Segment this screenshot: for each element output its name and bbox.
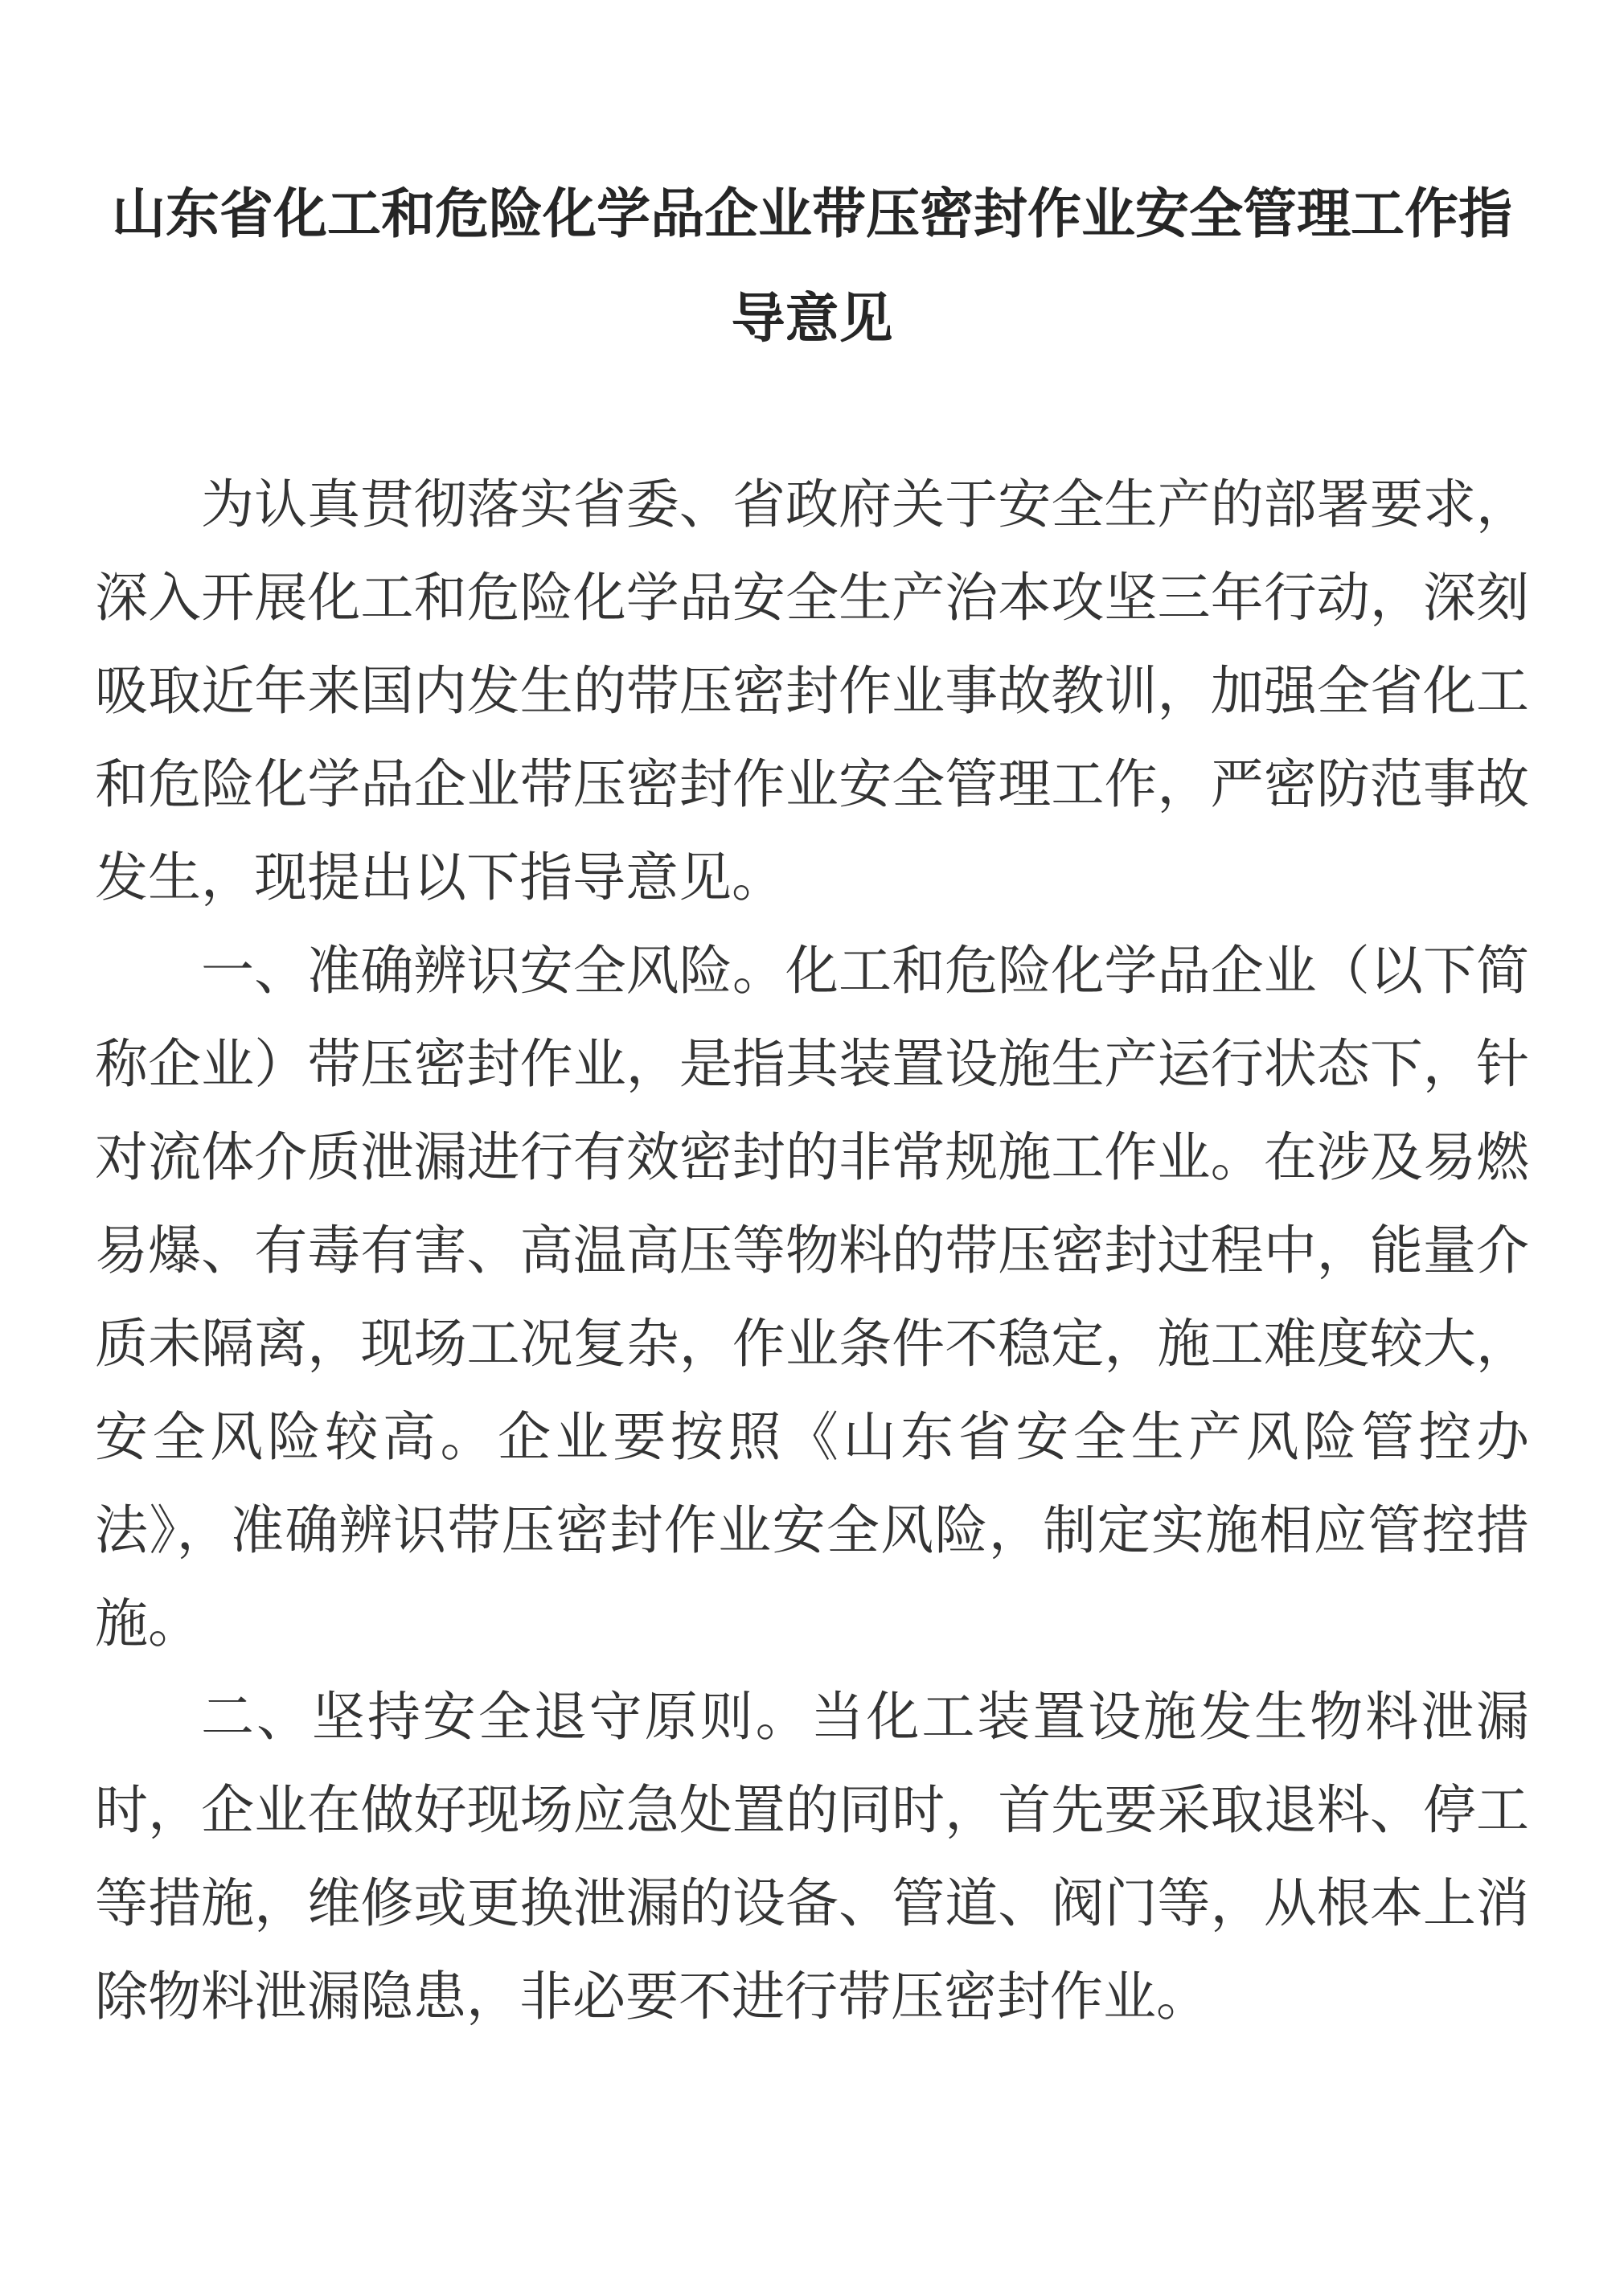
paragraph-section-1: 一、准确辨识安全风险。化工和危险化学品企业（以下简称企业）带压密封作业，是指其装…: [95, 924, 1529, 1670]
document-title: 山东省化工和危险化学品企业带压密封作业安全管理工作指导意见: [95, 162, 1529, 371]
paragraph-section-2: 二、坚持安全退守原则。当化工装置设施发生物料泄漏时，企业在做好现场应急处置的同时…: [95, 1670, 1529, 2043]
paragraph-intro: 为认真贯彻落实省委、省政府关于安全生产的部署要求，深入开展化工和危险化学品安全生…: [95, 457, 1529, 924]
document-body: 为认真贯彻落实省委、省政府关于安全生产的部署要求，深入开展化工和危险化学品安全生…: [95, 457, 1529, 2043]
document-page: 山东省化工和危险化学品企业带压密封作业安全管理工作指导意见 为认真贯彻落实省委、…: [0, 0, 1624, 2296]
